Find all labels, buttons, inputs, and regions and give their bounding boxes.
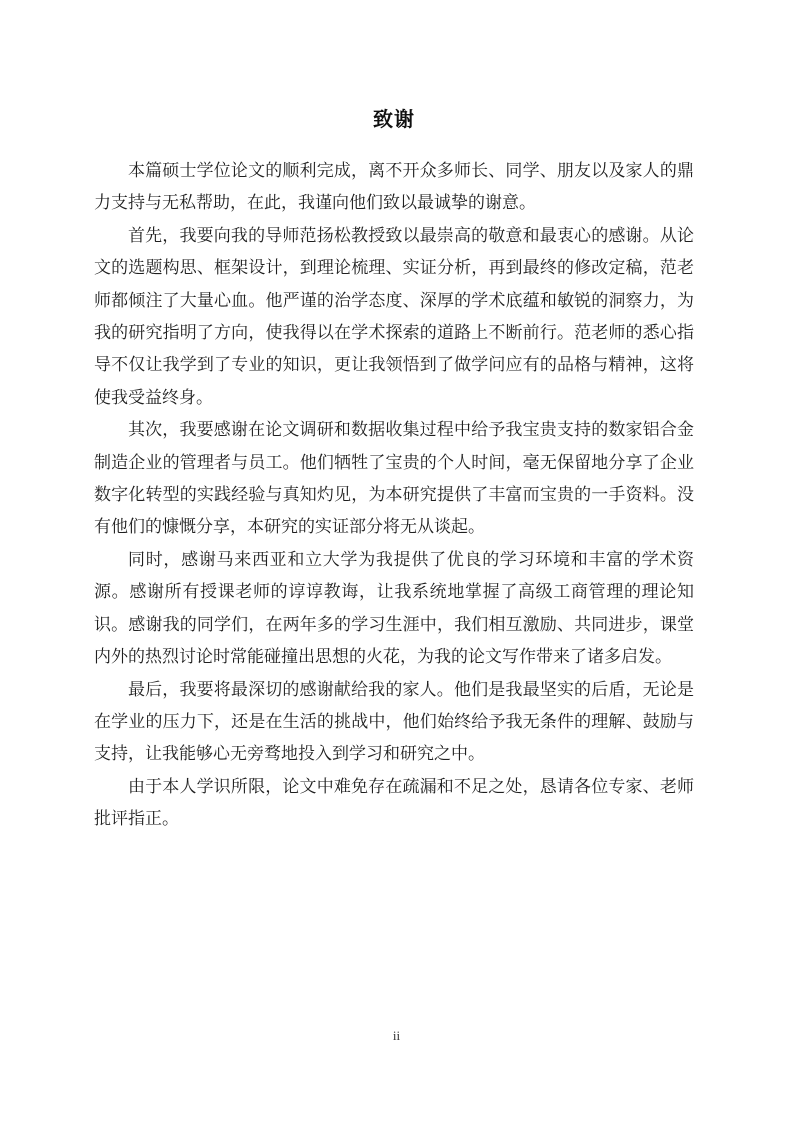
paragraph-2: 首先，我要向我的导师范扬松教授致以最崇高的敬意和最衷心的感谢。从论文的选题构思、…	[94, 220, 694, 414]
paragraph-5: 最后，我要将最深切的感谢献给我的家人。他们是我最坚实的后盾，无论是在学业的压力下…	[94, 674, 694, 771]
acknowledgments-body: 本篇硕士学位论文的顺利完成，离不开众多师长、同学、朋友以及家人的鼎力支持与无私帮…	[94, 155, 694, 836]
page-title: 致谢	[94, 0, 694, 136]
paragraph-1: 本篇硕士学位论文的顺利完成，离不开众多师长、同学、朋友以及家人的鼎力支持与无私帮…	[94, 155, 694, 220]
document-page: 致谢 本篇硕士学位论文的顺利完成，离不开众多师长、同学、朋友以及家人的鼎力支持与…	[0, 0, 793, 1122]
paragraph-3: 其次，我要感谢在论文调研和数据收集过程中给予我宝贵支持的数家铝合金制造企业的管理…	[94, 414, 694, 544]
paragraph-4: 同时，感谢马来西亚和立大学为我提供了优良的学习环境和丰富的学术资源。感谢所有授课…	[94, 544, 694, 674]
paragraph-6: 由于本人学识所限，论文中难免存在疏漏和不足之处，恳请各位专家、老师批评指正。	[94, 771, 694, 836]
page-number: ii	[0, 1028, 793, 1044]
